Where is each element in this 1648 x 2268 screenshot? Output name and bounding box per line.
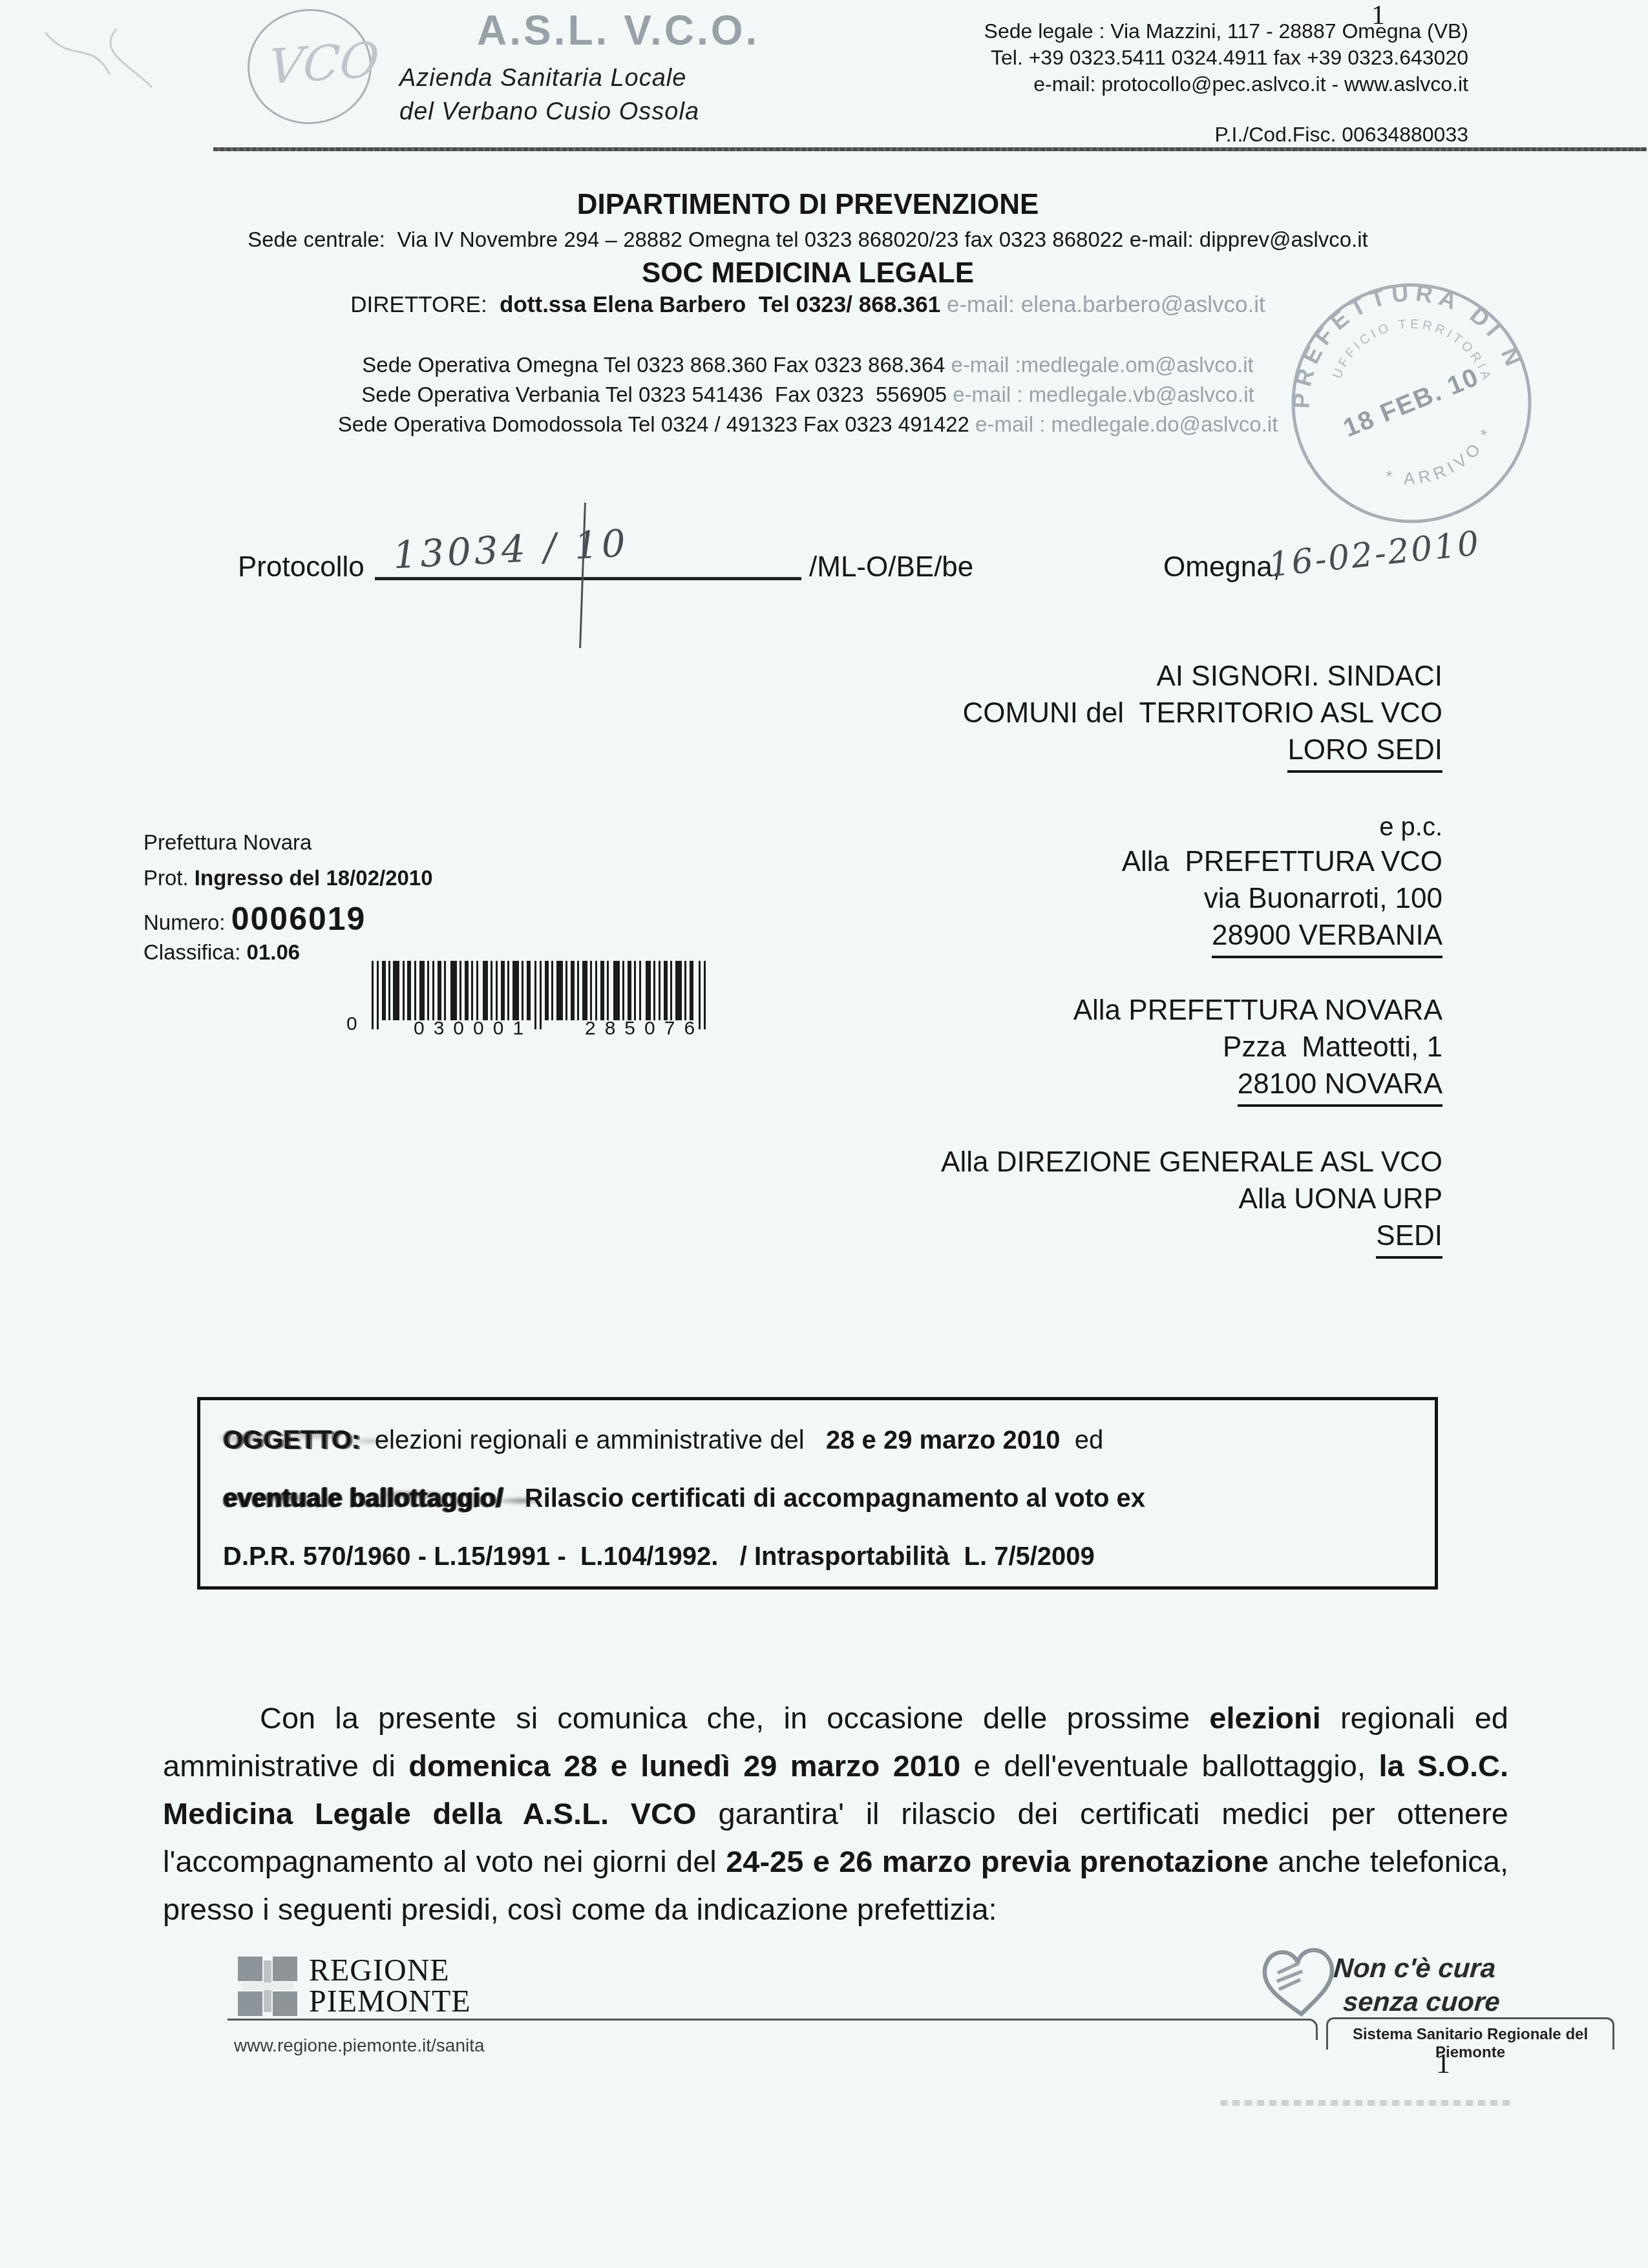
recipient-line-underlined: 28900 VERBANIA xyxy=(1212,917,1442,958)
barcode-group2: 285076 xyxy=(585,1018,704,1040)
registry-prot-line: Prot. Ingresso del 18/02/2010 xyxy=(143,866,433,890)
recipient-line: AI SIGNORI. SINDACI xyxy=(711,658,1442,695)
org-subtitle-1: Azienda Sanitaria Locale xyxy=(399,65,686,92)
oggetto-line-3: D.P.R. 570/1960 - L.15/1991 - L.104/1992… xyxy=(223,1542,1419,1571)
department-title: DIPARTIMENTO DI PREVENZIONE xyxy=(65,189,1551,221)
sede-centrale: Sede centrale: Via IV Novembre 294 – 288… xyxy=(65,227,1551,252)
regione-piemonte-logo-icon xyxy=(238,1957,297,2016)
registry-classifica-line: Classifica: 01.06 xyxy=(143,940,300,965)
heart-logo-icon xyxy=(1255,1940,1343,2023)
pencil-scribble-icon xyxy=(32,13,168,103)
sede-vb-email: e-mail : medlegale.vb@aslvco.it xyxy=(953,383,1254,406)
protocol-number-handwritten: 13034 / 10 xyxy=(392,521,629,578)
ssr-box: Sistema Sanitario Regionale del Piemonte xyxy=(1326,2017,1614,2050)
slogan-line-1: Non c'è cura xyxy=(1333,1951,1542,1985)
direttore-label: DIRETTORE: xyxy=(350,292,500,317)
sede-om-main: Sede Operativa Omegna Tel 0323 868.360 F… xyxy=(362,353,951,377)
header-divider xyxy=(213,147,1647,151)
protocol-label: Protocollo xyxy=(238,551,364,583)
registry-numero-label: Numero: xyxy=(143,910,231,934)
header-email: e-mail: protocollo@pec.aslvco.it - www.a… xyxy=(808,71,1468,98)
recipient-block-direzione: Alla DIREZIONE GENERALE ASL VCO Alla UON… xyxy=(711,1144,1442,1259)
oggetto-line1-tail: ed xyxy=(1060,1426,1103,1454)
recipient-block-prefettura-novara: Alla PREFETTURA NOVARA Pzza Matteotti, 1… xyxy=(711,992,1442,1107)
body-seg xyxy=(971,1844,980,1878)
recipient-block-sindaci: AI SIGNORI. SINDACI COMUNI del TERRITORI… xyxy=(711,658,1442,773)
asl-logo-monogram: VCO xyxy=(267,34,348,96)
protocol-place: Omegna, xyxy=(1163,551,1280,583)
slogan-line-2: senza cuore xyxy=(1330,1985,1539,2019)
recipient-line: Alla UONA URP xyxy=(711,1181,1442,1217)
asl-logo-ellipse-icon: VCO xyxy=(244,5,375,129)
registry-classifica-value: 01.06 xyxy=(247,940,301,964)
body-seg: 24-25 e 26 marzo xyxy=(726,1844,971,1878)
recipient-line-underlined: LORO SEDI xyxy=(1287,731,1442,773)
registry-numero-line: Numero: 0006019 xyxy=(143,900,366,938)
oggetto-line3-bold: D.P.R. 570/1960 - L.15/1991 - L.104/1992… xyxy=(223,1542,1095,1571)
soc-title: SOC MEDICINA LEGALE xyxy=(65,257,1551,289)
ssr-label: Sistema Sanitario Regionale del Piemonte xyxy=(1353,2026,1588,2061)
body-seg: previa prenotazione xyxy=(981,1844,1269,1878)
stamp-date: 18 FEB. 10 xyxy=(1339,362,1483,443)
org-subtitle-2: del Verbano Cusio Ossola xyxy=(399,98,699,126)
recipient-line: Pzza Matteotti, 1 xyxy=(711,1029,1442,1066)
barcode-digit-left: 0 xyxy=(346,1013,357,1035)
sede-do-main: Sede Operativa Domodossola Tel 0324 / 49… xyxy=(338,412,975,436)
oggetto-line2-bold: Rilascio certificati di accompagnamento … xyxy=(503,1484,1145,1513)
recipient-line: via Buonarroti, 100 xyxy=(711,880,1442,917)
registry-office: Prefettura Novara xyxy=(143,830,312,855)
document-page: VCO A.S.L. V.C.O. Azienda Sanitaria Loca… xyxy=(0,0,1648,2268)
recipient-line: Alla PREFETTURA VCO xyxy=(711,843,1442,880)
recipient-line: COMUNI del TERRITORIO ASL VCO xyxy=(711,695,1442,731)
oggetto-line1-bold: 28 e 29 marzo 2010 xyxy=(826,1426,1060,1454)
oggetto-line-2: eventuale ballottaggio/ Rilascio certifi… xyxy=(223,1484,1419,1513)
scan-artifact xyxy=(1220,2100,1512,2106)
oggetto-label: OGGETTO: xyxy=(223,1426,361,1454)
protocol-underline xyxy=(375,577,801,580)
body-paragraph: Con la presente si comunica che, in occa… xyxy=(163,1694,1508,1933)
org-name: A.S.L. V.C.O. xyxy=(477,6,759,54)
page-number-bottom: 1 xyxy=(1436,2047,1450,2080)
arrival-stamp-icon: PREFETTURA DI NOVARA UFFICIO TERRITORIAL… xyxy=(1250,242,1572,564)
oggetto-line2-smudged: eventuale ballottaggio/ xyxy=(223,1484,503,1513)
recipient-line: Alla DIREZIONE GENERALE ASL VCO xyxy=(711,1144,1442,1181)
sede-do-email: e-mail : medlegale.do@aslvco.it xyxy=(975,412,1278,436)
protocol-suffix: /ML-O/BE/be xyxy=(809,551,973,583)
header-contact-block: Sede legale : Via Mazzini, 117 - 28887 O… xyxy=(808,18,1468,98)
oggetto-line1-text: elezioni regionali e amministrative del xyxy=(361,1426,826,1454)
regione-text-2: PIEMONTE xyxy=(309,1984,471,2019)
direttore-name: dott.ssa Elena Barbero Tel 0323/ 868.361 xyxy=(500,292,947,317)
recipient-line-underlined: SEDI xyxy=(1376,1217,1442,1259)
registry-prot-value: Ingresso del 18/02/2010 xyxy=(195,866,433,890)
body-seg: domenica 28 e lunedì 29 marzo 2010 xyxy=(408,1748,960,1783)
body-seg: elezioni xyxy=(1209,1701,1320,1735)
recipient-line: Alla PREFETTURA NOVARA xyxy=(711,992,1442,1029)
oggetto-box: OGGETTO: elezioni regionali e amministra… xyxy=(197,1397,1438,1590)
telefono: Tel. +39 0323.5411 0324.4911 fax +39 032… xyxy=(808,45,1468,71)
regione-url: www.regione.piemonte.it/sanita xyxy=(234,2035,485,2056)
sede-vb-main: Sede Operativa Verbania Tel 0323 541436 … xyxy=(361,383,953,406)
sede-legale: Sede legale : Via Mazzini, 117 - 28887 O… xyxy=(808,18,1468,45)
barcode-group1: 030001 xyxy=(414,1018,533,1040)
slogan: Non c'è cura senza cuore xyxy=(1330,1951,1541,2019)
body-seg: e dell'eventuale ballottaggio, xyxy=(960,1748,1379,1783)
regione-text-1: REGIONE xyxy=(309,1953,450,1988)
recipient-line-underlined: 28100 NOVARA xyxy=(1238,1066,1442,1107)
registry-numero-value: 0006019 xyxy=(231,901,366,937)
direttore-email: e-mail: elena.barbero@aslvco.it xyxy=(947,292,1265,317)
codice-fiscale: P.I./Cod.Fisc. 00634880033 xyxy=(808,123,1468,147)
recipient-block-prefettura-vco: Alla PREFETTURA VCO via Buonarroti, 100 … xyxy=(711,843,1442,958)
epc-label: e p.c. xyxy=(711,809,1442,846)
sede-om-email: e-mail :medlegale.om@aslvco.it xyxy=(951,353,1254,377)
svg-text:* ARRIVO *: * ARRIVO * xyxy=(1375,419,1507,496)
registry-classifica-label: Classifica: xyxy=(143,940,247,964)
oggetto-line-1: OGGETTO: elezioni regionali e amministra… xyxy=(223,1426,1419,1455)
registry-prot-label: Prot. xyxy=(143,866,195,890)
stamp-arc-bottom-text: * ARRIVO * xyxy=(1375,419,1507,496)
body-seg: Con la presente si comunica che, in occa… xyxy=(260,1701,1209,1735)
